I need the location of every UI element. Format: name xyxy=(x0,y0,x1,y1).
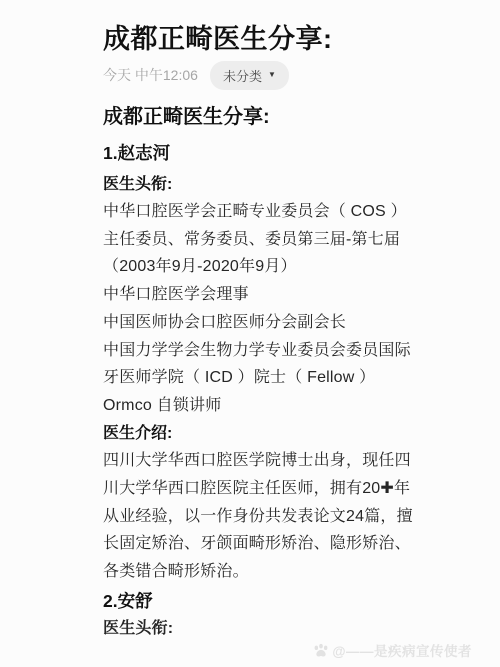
doctor-intro-line: 从业经验，以一作身份共发表论文24篇，擅 xyxy=(103,503,404,531)
doctor-intro-line: 各类错合畸形矫治。 xyxy=(103,558,404,586)
chevron-down-icon: ▼ xyxy=(268,71,276,79)
doctor-intro-line: 四川大学华西口腔医学院博士出身，现任四 xyxy=(103,447,404,475)
doctor-title-line: 中华口腔医学会理事 xyxy=(103,281,404,309)
doctor-title-line: 中华口腔医学会正畸专业委员会（ COS ） xyxy=(103,198,404,226)
doctor-title-line: 主任委员、常务委员、委员第三届-第七届 xyxy=(103,226,404,254)
doctor-titles-label: 医生头衔: xyxy=(103,615,404,643)
category-label: 未分类 xyxy=(223,66,262,85)
section-name-2: 2.安舒 xyxy=(103,590,404,612)
doctor-intro-line: 长固定矫治、牙颌面畸形矫治、隐形矫治、 xyxy=(103,530,404,558)
note-meta-row: 今天 中午12:06 未分类 ▼ xyxy=(103,62,404,88)
watermark: @——是疾病宣传使者 xyxy=(313,640,472,660)
doctor-title-line: Ormco 自锁讲师 xyxy=(103,392,404,420)
doctor-title-line: （2003年9月-2020年9月） xyxy=(103,253,404,281)
note-title: 成都正畸医生分享: xyxy=(103,24,404,54)
doctor-intro-label: 医生介绍: xyxy=(103,420,404,448)
doctor-title-line: 中国医师协会口腔医师分会副会长 xyxy=(103,309,404,337)
note-page: 成都正畸医生分享: 今天 中午12:06 未分类 ▼ 成都正畸医生分享: 1.赵… xyxy=(0,0,500,643)
doctor-intro-line: 川大学华西口腔医院主任医师，拥有20✚年 xyxy=(103,475,404,503)
paw-icon xyxy=(313,643,329,658)
article-heading: 成都正畸医生分享: xyxy=(103,105,404,129)
watermark-text: @——是疾病宣传使者 xyxy=(332,640,472,660)
doctor-title-line: 中国力学学会生物力学专业委员会委员国际 xyxy=(103,337,404,365)
doctor-title-line: 牙医师学院（ ICD ）院士（ Fellow ） xyxy=(103,364,404,392)
doctor-titles-label: 医生头衔: xyxy=(103,174,404,196)
section-name-1: 1.赵志河 xyxy=(103,142,404,164)
note-timestamp: 今天 中午12:06 xyxy=(103,65,198,85)
category-dropdown[interactable]: 未分类 ▼ xyxy=(210,61,289,90)
